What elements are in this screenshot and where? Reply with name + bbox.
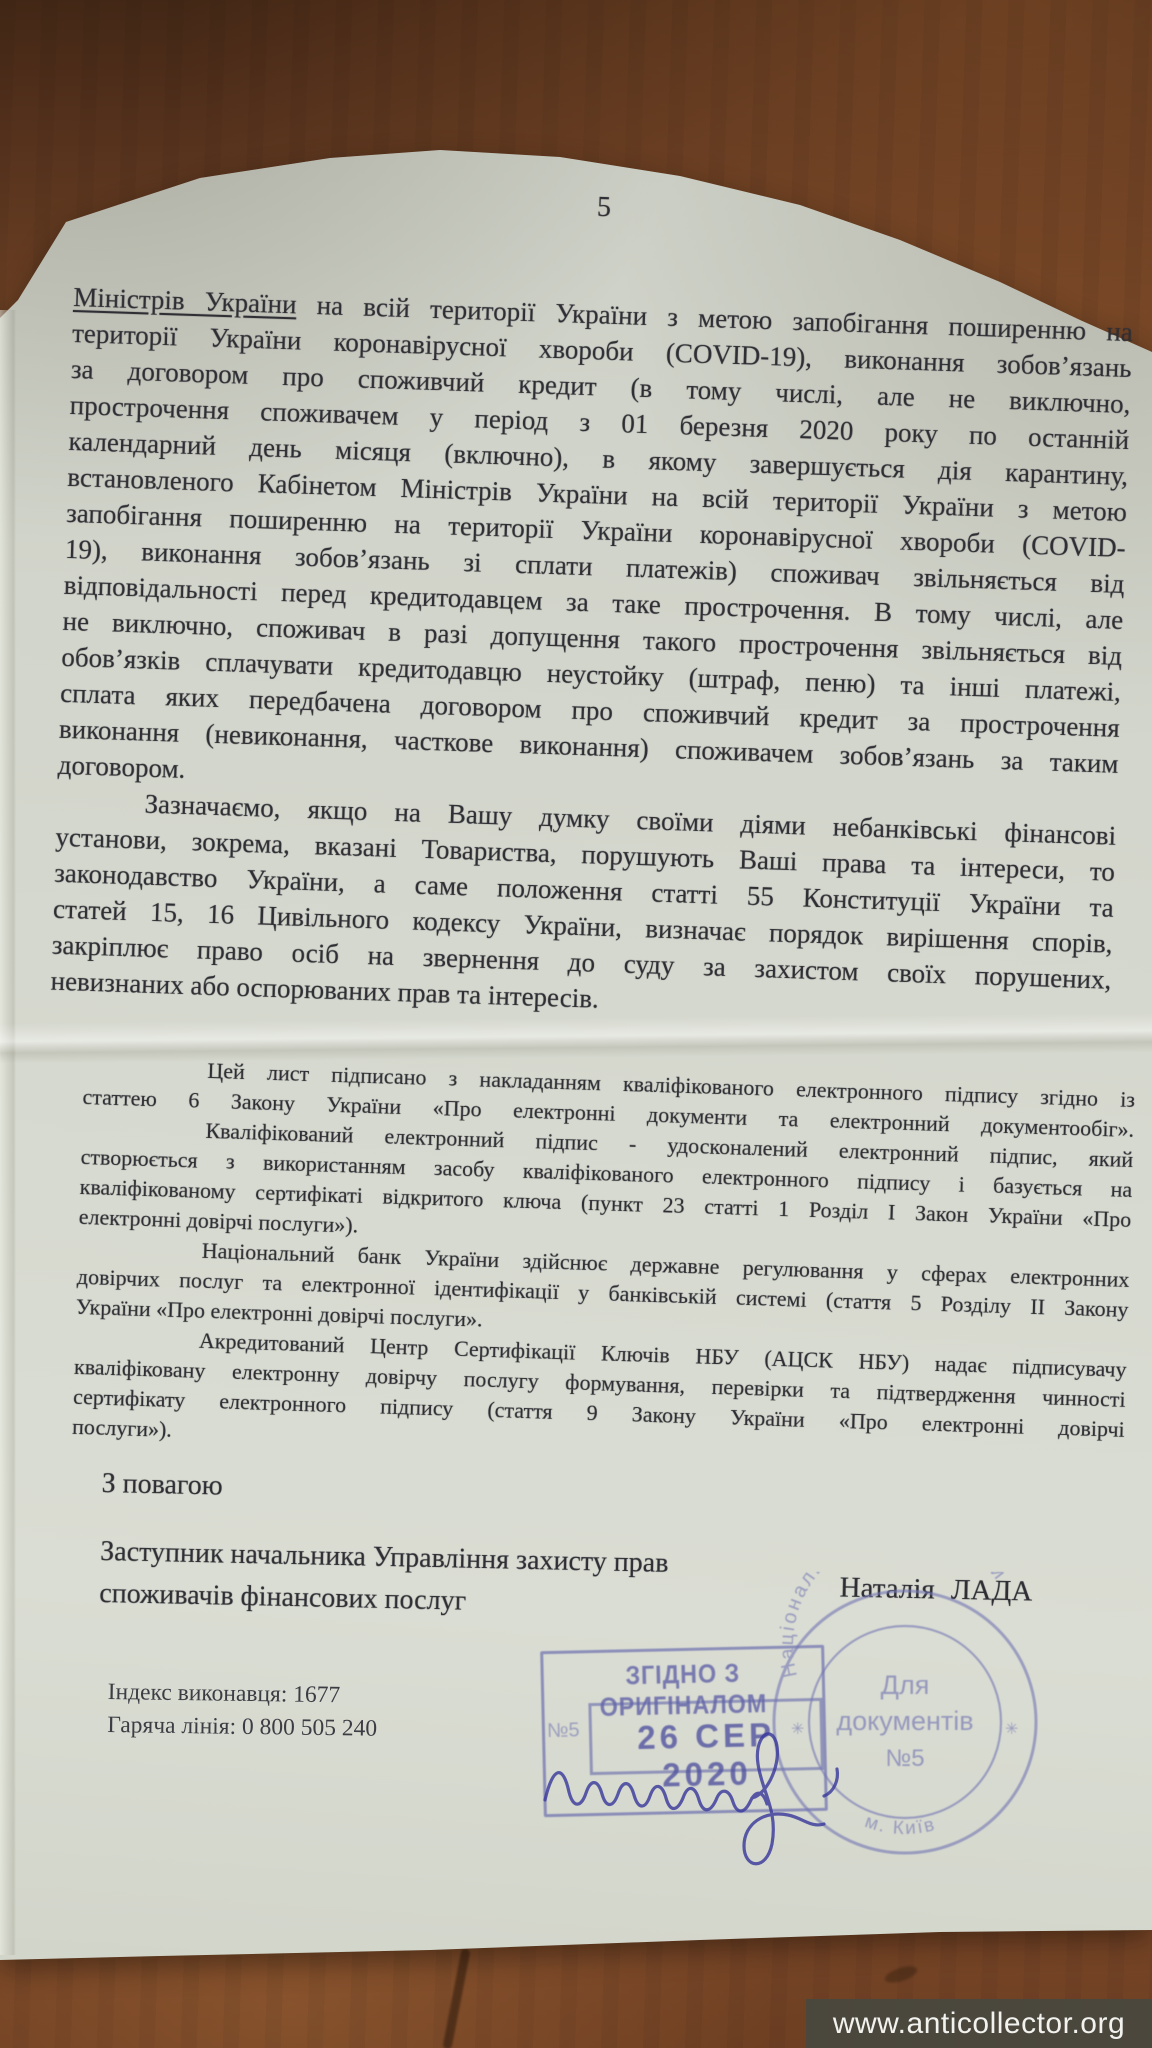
footer-block: Індекс виконавця: 1677 Гаряча лінія: 0 8… — [107, 1676, 378, 1746]
seal-star-right: ✳ — [1005, 1721, 1018, 1738]
executor-index: Індекс виконавця: 1677 — [108, 1676, 378, 1713]
main-text-block: Міністрів України на всій території Укра… — [50, 279, 1133, 1034]
handwritten-signature — [520, 1700, 940, 1890]
underlined-phrase: Міністрів України — [73, 282, 297, 319]
signer-title-line1: Заступник начальника Управління захисту … — [100, 1536, 669, 1580]
seal-center-line1: Для — [881, 1670, 930, 1700]
photo-of-document: { "doc": { "page_number": "5", "p1_first… — [0, 0, 1152, 2048]
salutation: З повагою — [101, 1468, 223, 1503]
underlying-page-edge — [0, 310, 16, 1955]
legal-note-block: Цей лист підписано з накладанням кваліфі… — [72, 1052, 1136, 1475]
hotline: Гаряча лінія: 0 800 505 240 — [107, 1709, 377, 1746]
watermark-text: www.anticollector.org — [833, 2007, 1125, 2041]
letter-page: 5 Міністрів України на всій території Ук… — [0, 0, 1152, 2048]
watermark-bar: www.anticollector.org — [806, 1999, 1152, 2048]
signer-title-line2: споживачів фінансових послуг — [99, 1578, 466, 1618]
